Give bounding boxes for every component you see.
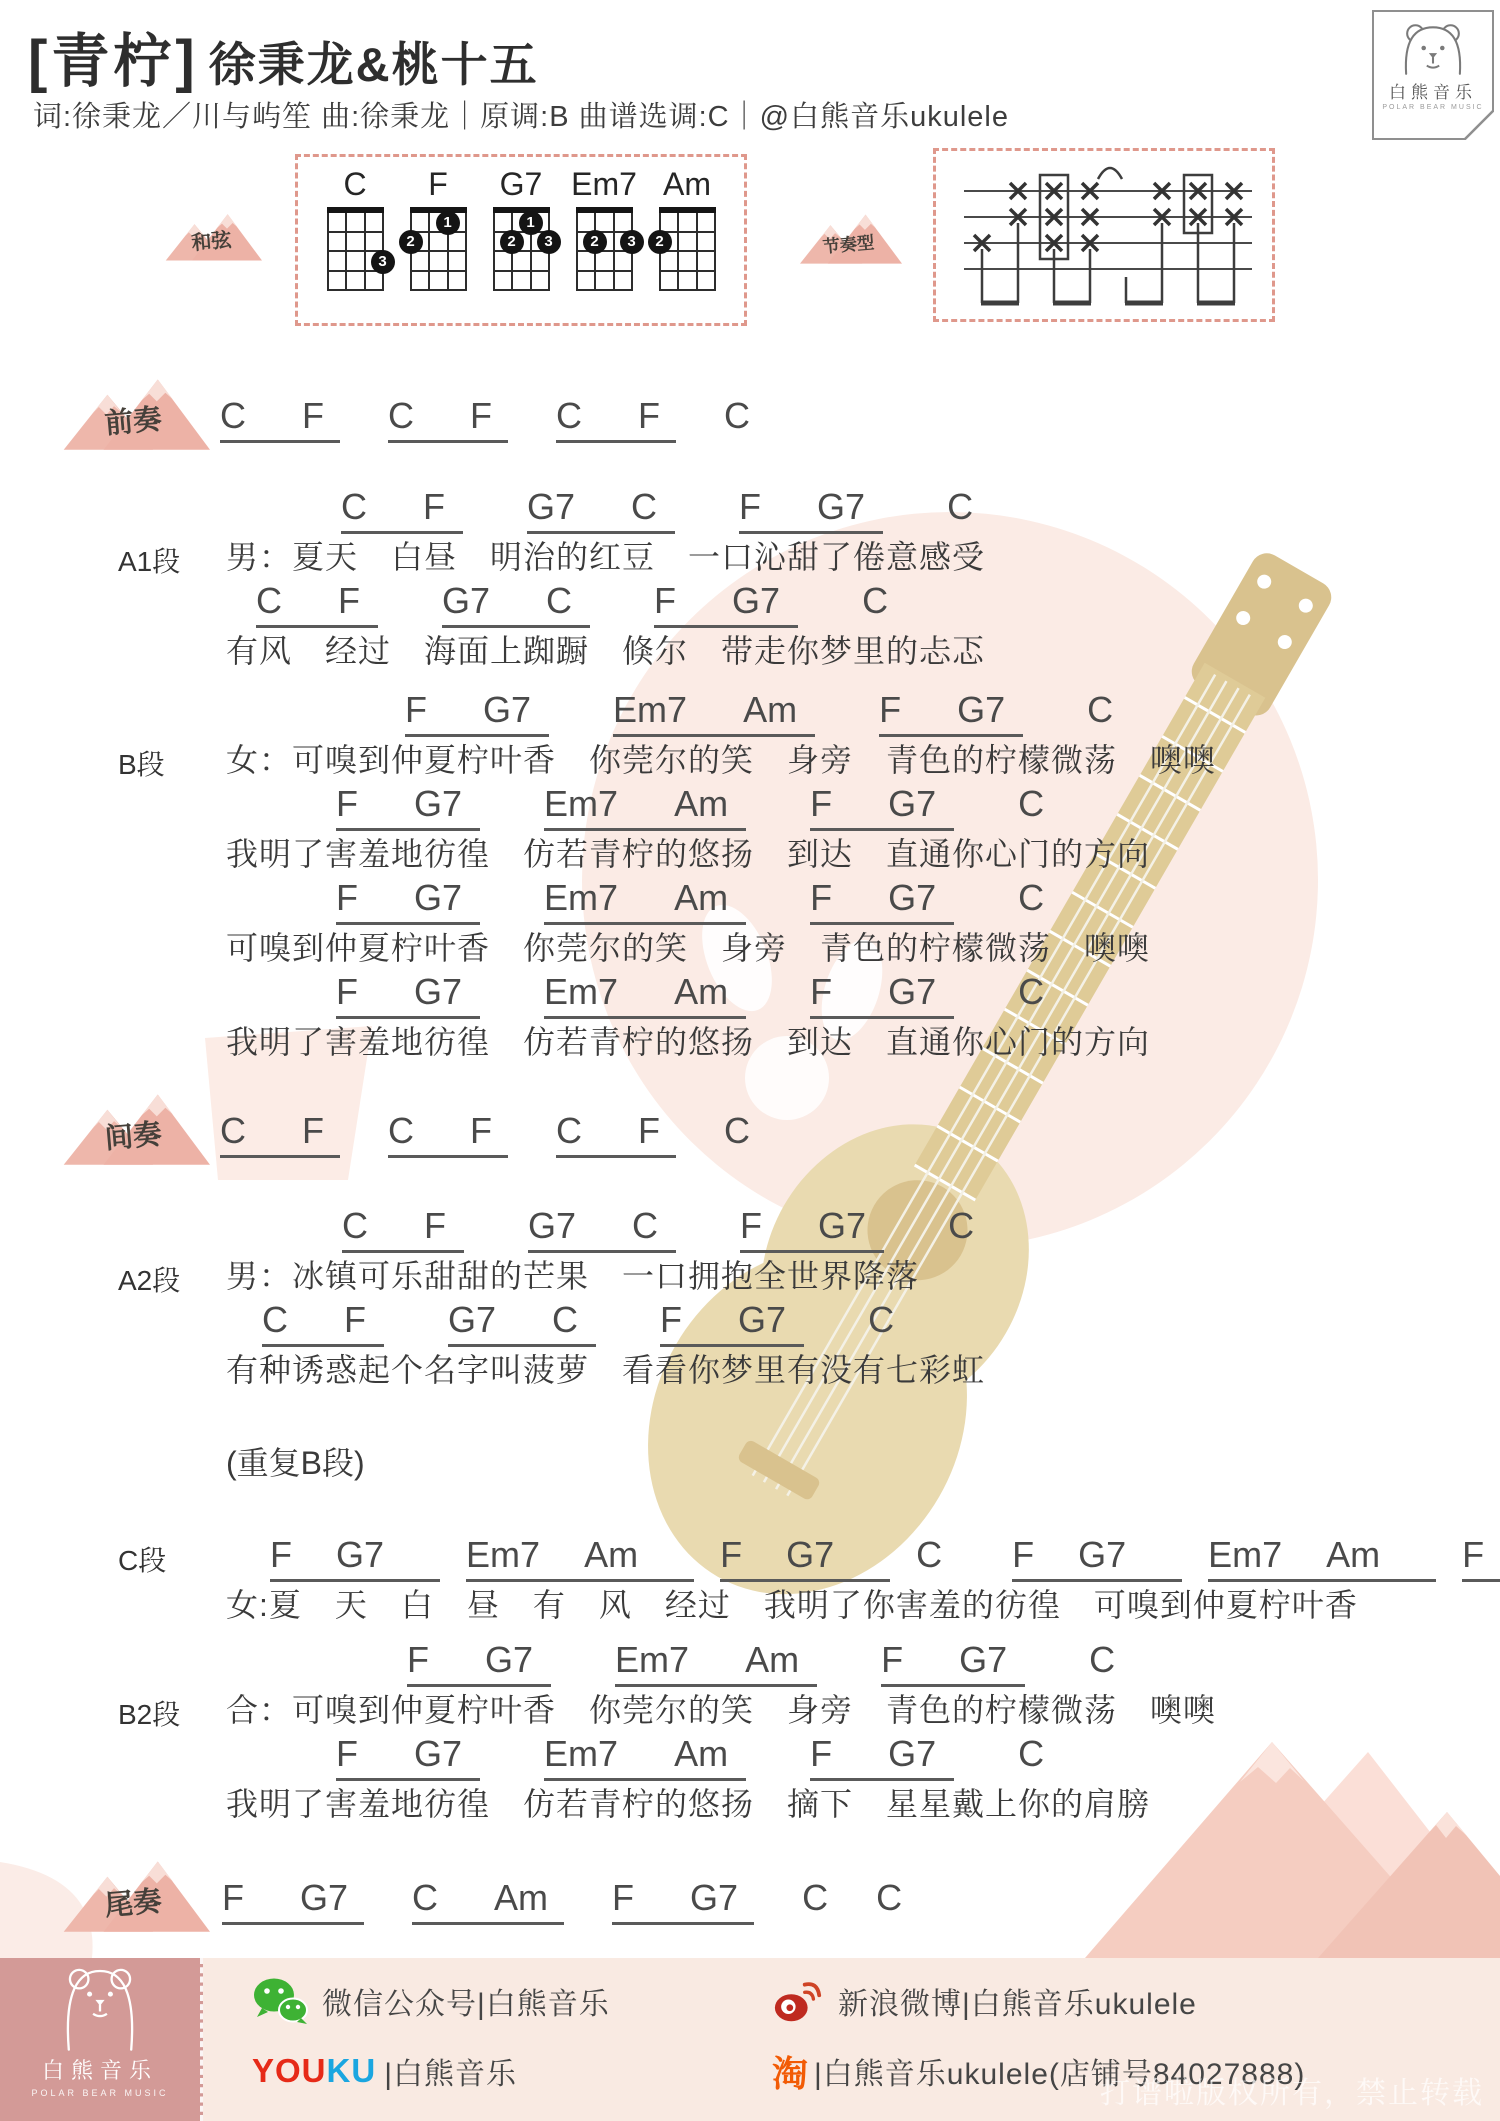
song-line: FG7Em7AmFG7C我明了害羞地彷徨 仿若青柠的悠扬 到达 直通你心门的方向 <box>0 784 1500 878</box>
chord-symbol: C <box>412 1877 438 1918</box>
chord-measure: FG7 <box>407 1640 551 1687</box>
chord-symbol: C <box>724 395 750 436</box>
chord-symbol: F <box>222 1877 244 1918</box>
chord-line: FG7Em7AmFG7C <box>0 784 1500 831</box>
chord-measure: G7C <box>442 581 590 628</box>
chord-symbol: C <box>1018 971 1044 1012</box>
chord-symbol: F <box>810 971 832 1012</box>
chord-measure: C <box>876 1878 902 1918</box>
youku-label: |白熊音乐 <box>384 2049 517 2093</box>
chord-measure: Em7Am <box>544 878 746 925</box>
finger-dot: 3 <box>537 230 561 254</box>
chord-grid: 3 <box>327 207 384 291</box>
chord-symbol: F <box>423 486 445 527</box>
chord-symbol: F <box>302 1110 324 1151</box>
song-artists: 徐秉龙&桃十五 <box>209 28 539 95</box>
chord-measure: G7C <box>448 1300 596 1347</box>
chord-measure: FG7 <box>810 878 954 925</box>
chord-symbol: C <box>868 1299 894 1340</box>
chord-symbol: F <box>1462 1534 1484 1575</box>
chord-diagram-F: F12 <box>403 165 473 323</box>
chord-symbol: F <box>810 877 832 918</box>
chord-symbol: Am <box>494 1877 548 1918</box>
chord-measure: Em7Am <box>544 784 746 831</box>
chord-symbol: G7 <box>336 1534 384 1575</box>
lyric-line: 我明了害羞地彷徨 仿若青柠的悠扬 到达 直通你心门的方向 <box>0 1019 1500 1066</box>
chord-measure: FG7 <box>740 1206 884 1253</box>
chord-line: CFCFCFC <box>0 396 1500 443</box>
chord-measure: Em7Am <box>613 690 815 737</box>
chord-measure: FG7 <box>612 1878 754 1925</box>
chord-measure: C <box>1018 1734 1044 1774</box>
chord-symbol: Em7 <box>613 689 687 730</box>
chord-symbol: C <box>220 1110 246 1151</box>
youku-entry: YOUKU |白熊音乐 <box>252 2042 517 2100</box>
chord-measure: Em7Am <box>544 1734 746 1781</box>
chord-line: CFG7CFG7C <box>0 1300 1500 1347</box>
string-line <box>493 213 495 291</box>
chord-name: Am <box>652 165 722 203</box>
chord-symbol: G7 <box>485 1639 533 1680</box>
lyric-line: 我明了害羞地彷徨 仿若青柠的悠扬 到达 直通你心门的方向 <box>0 831 1500 878</box>
chord-symbol: F <box>654 580 676 621</box>
chord-measure: C <box>948 1206 974 1246</box>
chord-symbol: C <box>802 1877 828 1918</box>
chord-symbol: Em7 <box>1208 1534 1282 1575</box>
chord-symbol: G7 <box>738 1299 786 1340</box>
chord-measure: CF <box>220 396 340 443</box>
chord-sheet-page: [青柠] 徐秉龙&桃十五 词:徐秉龙／川与屿笙 曲:徐秉龙｜原调:B 曲谱选调:… <box>0 0 1500 2121</box>
chord-symbol: C <box>341 486 367 527</box>
copyright-watermark: 打谱啦版权所有，禁止转载 <box>1100 2068 1484 2112</box>
fret-line <box>493 270 550 272</box>
chord-symbol: G7 <box>690 1877 738 1918</box>
lyric-line: 女:夏 天 白 昼 有 风 经过 我明了你害羞的彷徨 可嗅到仲夏柠叶香 <box>0 1582 1500 1629</box>
chord-diagram-Am: Am2 <box>652 165 722 323</box>
string-line <box>677 213 679 291</box>
mountain-icon: 节奏型 <box>796 208 902 264</box>
chord-symbol: F <box>740 1205 762 1246</box>
chord-diagram-C: C3 <box>320 165 390 323</box>
chord-symbol: F <box>405 689 427 730</box>
chord-measure: FG7 <box>739 487 883 534</box>
chord-symbol: G7 <box>483 689 531 730</box>
chord-measure: FG7 <box>810 972 954 1019</box>
chord-symbol: G7 <box>786 1534 834 1575</box>
chord-symbol: G7 <box>528 1205 576 1246</box>
chord-symbol: F <box>270 1534 292 1575</box>
wechat-label: 微信公众号|白熊音乐 <box>322 1979 610 2023</box>
lyric-line: 男：夏天 白昼 明治的红豆 一口沁甜了倦意感受 <box>0 534 1500 581</box>
chord-symbol: F <box>810 1733 832 1774</box>
chord-measure: Em7Am <box>1208 1535 1436 1582</box>
chord-line: FG7Em7AmFG7CFG7Em7AmFG7C <box>0 1535 1500 1582</box>
chord-symbol: C <box>546 580 572 621</box>
chord-symbol: F <box>810 783 832 824</box>
chord-measure: CF <box>556 1111 676 1158</box>
song-line: FG7Em7AmFG7C合：可嗅到仲夏柠叶香 你莞尔的笑 身旁 青色的柠檬微荡 … <box>0 1640 1500 1734</box>
chord-symbol: Em7 <box>466 1534 540 1575</box>
chord-measure: C <box>724 1111 750 1151</box>
chord-measure: C <box>947 487 973 527</box>
chord-symbol: F <box>1012 1534 1034 1575</box>
chord-symbol: Am <box>1326 1534 1380 1575</box>
song-line: CFG7CFG7C男：冰镇可乐甜甜的芒果 一口拥抱全世界降落 <box>0 1206 1500 1300</box>
chord-symbol: F <box>879 689 901 730</box>
chord-symbol: F <box>720 1534 742 1575</box>
chord-measure: FG7 <box>881 1640 1025 1687</box>
polar-bear-music-logo: 白熊音乐 POLAR BEAR MUSIC <box>1372 10 1494 140</box>
wechat-entry: 微信公众号|白熊音乐 <box>252 1972 610 2030</box>
chord-symbol: Em7 <box>544 1733 618 1774</box>
chord-measure: Em7Am <box>615 1640 817 1687</box>
chord-symbol: C <box>342 1205 368 1246</box>
chord-measure: C <box>1087 690 1113 730</box>
chord-symbol: G7 <box>732 580 780 621</box>
chord-symbol: Am <box>584 1534 638 1575</box>
chord-grid: 12 <box>410 207 467 291</box>
chord-measure: CF <box>342 1206 464 1253</box>
chord-symbol: F <box>638 1110 660 1151</box>
chord-measure: C <box>724 396 750 436</box>
chord-symbol: C <box>556 395 582 436</box>
chord-symbol: G7 <box>527 486 575 527</box>
chord-line: FG7Em7AmFG7C <box>0 878 1500 925</box>
youku-logo: YOUKU <box>252 2052 376 2090</box>
chord-measure: CF <box>341 487 463 534</box>
chord-symbol: Am <box>674 971 728 1012</box>
chord-symbol: F <box>638 395 660 436</box>
chord-line: FG7CAmFG7CC <box>0 1878 1500 1925</box>
lyric-line: 男：冰镇可乐甜甜的芒果 一口拥抱全世界降落 <box>0 1253 1500 1300</box>
chord-symbol: C <box>552 1299 578 1340</box>
chord-symbol: C <box>256 580 282 621</box>
chord-symbol: F <box>302 395 324 436</box>
chord-symbol: G7 <box>818 1205 866 1246</box>
chord-symbol: F <box>344 1299 366 1340</box>
string-line <box>696 213 698 291</box>
logo-text-cn: 白熊音乐 <box>1374 78 1492 103</box>
chord-line: CFG7CFG7C <box>0 487 1500 534</box>
fret-line <box>327 289 384 291</box>
chord-symbol: F <box>881 1639 903 1680</box>
song-title: [青柠] <box>28 14 199 98</box>
fret-line <box>410 270 467 272</box>
chord-grid: 23 <box>576 207 633 291</box>
chord-diagrams-panel: C3F12G7123Em723Am2 <box>295 154 747 326</box>
chord-symbol: F <box>470 395 492 436</box>
string-line <box>465 213 467 291</box>
chord-measure: Em7Am <box>544 972 746 1019</box>
strumming-pattern-panel <box>933 148 1275 322</box>
chord-measure: FG7 <box>336 972 480 1019</box>
repeat-note: (重复B段) <box>226 1438 365 1484</box>
chord-measure: G7C <box>527 487 675 534</box>
footer-logo-en: POLAR BEAR MUSIC <box>0 2088 200 2098</box>
string-line <box>428 213 430 291</box>
chord-symbol: G7 <box>817 486 865 527</box>
chord-symbol: G7 <box>414 1733 462 1774</box>
lyric-line: 我明了害羞地彷徨 仿若青柠的悠扬 摘下 星星戴上你的肩膀 <box>0 1781 1500 1828</box>
chord-symbol: G7 <box>414 971 462 1012</box>
string-line <box>345 213 347 291</box>
chord-symbol: C <box>1089 1639 1115 1680</box>
page-title: [青柠] 徐秉龙&桃十五 <box>28 14 539 98</box>
song-credits: 词:徐秉龙／川与屿笙 曲:徐秉龙｜原调:B 曲谱选调:C｜@白熊音乐ukulel… <box>33 94 1009 135</box>
chord-symbol: F <box>336 1733 358 1774</box>
chord-symbol: Am <box>674 1733 728 1774</box>
fret-line <box>410 289 467 291</box>
chord-grid: 123 <box>493 207 550 291</box>
lyric-line: 女：可嗅到仲夏柠叶香 你莞尔的笑 身旁 青色的柠檬微荡 噢噢 <box>0 737 1500 784</box>
finger-dot: 1 <box>436 211 460 235</box>
chord-symbol: C <box>631 486 657 527</box>
chord-symbol: F <box>424 1205 446 1246</box>
finger-dot: 2 <box>583 230 607 254</box>
fret-line <box>659 289 716 291</box>
chord-measure: CF <box>256 581 378 628</box>
song-line: FG7Em7AmFG7C我明了害羞地彷徨 仿若青柠的悠扬 摘下 星星戴上你的肩膀 <box>0 1734 1500 1828</box>
chord-measure: FG7 <box>810 1734 954 1781</box>
chord-name: G7 <box>486 165 556 203</box>
song-line: CFG7CFG7C男：夏天 白昼 明治的红豆 一口沁甜了倦意感受 <box>0 487 1500 581</box>
fret-line <box>576 289 633 291</box>
lyric-line: 有风 经过 海面上踟蹰 倏尔 带走你梦里的忐忑 <box>0 628 1500 675</box>
chord-measure: G7C <box>528 1206 676 1253</box>
chord-measure: C <box>1089 1640 1115 1680</box>
chord-line: FG7Em7AmFG7C <box>0 1640 1500 1687</box>
weibo-icon <box>772 1977 824 2025</box>
chord-measure: CAm <box>412 1878 564 1925</box>
chord-symbol: G7 <box>448 1299 496 1340</box>
chord-symbol: C <box>556 1110 582 1151</box>
chord-symbol: C <box>916 1534 942 1575</box>
chord-symbol: C <box>862 580 888 621</box>
string-line <box>576 213 578 291</box>
bear-icon <box>63 1964 137 2052</box>
finger-dot: 3 <box>620 230 644 254</box>
chord-diagram-Em7: Em723 <box>569 165 639 323</box>
song-line: FG7Em7AmFG7CFG7Em7AmFG7C女:夏 天 白 昼 有 风 经过… <box>0 1535 1500 1629</box>
chord-symbol: C <box>1018 1733 1044 1774</box>
chord-measure: FG7 <box>720 1535 890 1582</box>
strumming-pattern <box>936 151 1272 319</box>
chord-measure: C <box>862 581 888 621</box>
song-line: CFG7CFG7C有风 经过 海面上踟蹰 倏尔 带走你梦里的忐忑 <box>0 581 1500 675</box>
string-line <box>714 213 716 291</box>
finger-dot: 3 <box>371 250 395 274</box>
weibo-label: 新浪微博|白熊音乐ukulele <box>838 1979 1197 2023</box>
taobao-icon: 淘 <box>772 2046 808 2097</box>
chord-symbol: Em7 <box>544 971 618 1012</box>
song-line: FG7Em7AmFG7C我明了害羞地彷徨 仿若青柠的悠扬 到达 直通你心门的方向 <box>0 972 1500 1066</box>
string-line <box>364 213 366 291</box>
chord-measure: FG7 <box>270 1535 440 1582</box>
string-line <box>613 213 615 291</box>
footer-logo-cn: 白熊音乐 <box>0 2054 200 2085</box>
chord-measure: CF <box>262 1300 384 1347</box>
chord-symbol: F <box>338 580 360 621</box>
chord-symbol: F <box>612 1877 634 1918</box>
fret-line <box>493 289 550 291</box>
chord-symbol: Em7 <box>544 877 618 918</box>
chord-line: FG7Em7AmFG7C <box>0 972 1500 1019</box>
chord-symbol: Am <box>674 783 728 824</box>
chord-measure: CF <box>220 1111 340 1158</box>
chord-symbol: F <box>660 1299 682 1340</box>
chord-name: F <box>403 165 473 203</box>
chord-measure: FG7 <box>879 690 1023 737</box>
bear-icon <box>1402 20 1464 76</box>
chord-measure: FG7 <box>654 581 798 628</box>
chord-symbol: C <box>632 1205 658 1246</box>
fret-line <box>659 270 716 272</box>
chord-symbol: G7 <box>414 877 462 918</box>
chord-symbol: F <box>336 877 358 918</box>
chord-measure: FG7 <box>222 1878 364 1925</box>
chord-symbol: G7 <box>300 1877 348 1918</box>
chord-symbol: C <box>220 395 246 436</box>
chord-measure: FG7 <box>1462 1535 1500 1582</box>
lyric-line: 合：可嗅到仲夏柠叶香 你莞尔的笑 身旁 青色的柠檬微荡 噢噢 <box>0 1687 1500 1734</box>
chord-measure: C <box>868 1300 894 1340</box>
finger-dot: 2 <box>500 230 524 254</box>
wechat-icon <box>252 1976 308 2026</box>
chord-diagram-G7: G7123 <box>486 165 556 323</box>
chord-symbol: C <box>262 1299 288 1340</box>
chord-measure: C <box>916 1535 986 1575</box>
finger-dot: 2 <box>399 230 423 254</box>
chord-symbol: C <box>947 486 973 527</box>
chord-symbol: Em7 <box>615 1639 689 1680</box>
chord-symbol: F <box>470 1110 492 1151</box>
chord-measure: FG7 <box>1012 1535 1182 1582</box>
chord-line: FG7Em7AmFG7C <box>0 690 1500 737</box>
chord-symbol: C <box>724 1110 750 1151</box>
song-line: FG7Em7AmFG7C可嗅到仲夏柠叶香 你莞尔的笑 身旁 青色的柠檬微荡 噢噢 <box>0 878 1500 972</box>
chord-symbol: G7 <box>888 971 936 1012</box>
chord-symbol: G7 <box>1078 1534 1126 1575</box>
chord-symbol: G7 <box>959 1639 1007 1680</box>
chord-symbol: C <box>1018 877 1044 918</box>
finger-dot: 1 <box>519 211 543 235</box>
chord-symbol: C <box>1018 783 1044 824</box>
chord-symbol: G7 <box>957 689 1005 730</box>
chord-line: CFG7CFG7C <box>0 1206 1500 1253</box>
chord-name: C <box>320 165 390 203</box>
chord-measure: FG7 <box>405 690 549 737</box>
folded-corner-icon <box>1464 110 1494 140</box>
chord-measure: C <box>1018 784 1044 824</box>
chord-measure: FG7 <box>810 784 954 831</box>
footer-logo-block: 白熊音乐 POLAR BEAR MUSIC <box>0 1958 203 2121</box>
mountain-icon: 和弦 <box>162 208 262 261</box>
fret-line <box>576 270 633 272</box>
chord-symbol: F <box>336 783 358 824</box>
chord-name: Em7 <box>569 165 639 203</box>
chord-grid: 2 <box>659 207 716 291</box>
chord-symbol: F <box>336 971 358 1012</box>
chord-symbol: G7 <box>442 580 490 621</box>
chord-measure: Em7Am <box>466 1535 694 1582</box>
chord-measure: C <box>1018 972 1044 1012</box>
chord-symbol: Am <box>745 1639 799 1680</box>
chord-symbol: C <box>388 1110 414 1151</box>
song-line: FG7Em7AmFG7C女：可嗅到仲夏柠叶香 你莞尔的笑 身旁 青色的柠檬微荡 … <box>0 690 1500 784</box>
chord-measure: FG7 <box>660 1300 804 1347</box>
lyric-line: 有种诱惑起个名字叫菠萝 看看你梦里有没有七彩虹 <box>0 1347 1500 1394</box>
chord-symbol: G7 <box>888 783 936 824</box>
fret-line <box>327 231 384 233</box>
chord-measure: CF <box>388 1111 508 1158</box>
chord-line: CFCFCFC <box>0 1111 1500 1158</box>
chord-symbol: Am <box>743 689 797 730</box>
chord-measure: CF <box>556 396 676 443</box>
weibo-entry: 新浪微博|白熊音乐ukulele <box>772 1972 1197 2030</box>
chord-symbol: Em7 <box>544 783 618 824</box>
chord-symbol: C <box>388 395 414 436</box>
song-line: CFG7CFG7C有种诱惑起个名字叫菠萝 看看你梦里有没有七彩虹 <box>0 1300 1500 1394</box>
string-line <box>327 213 329 291</box>
chord-measure: C <box>1018 878 1044 918</box>
chord-symbol: C <box>948 1205 974 1246</box>
chord-symbol: F <box>739 486 761 527</box>
chord-measure: FG7 <box>336 878 480 925</box>
chord-symbol: C <box>876 1877 902 1918</box>
chord-symbol: G7 <box>414 783 462 824</box>
chord-symbol: Am <box>674 877 728 918</box>
chord-line: CFG7CFG7C <box>0 581 1500 628</box>
chord-measure: CF <box>388 396 508 443</box>
finger-dot: 2 <box>648 230 672 254</box>
lyric-line: 可嗅到仲夏柠叶香 你莞尔的笑 身旁 青色的柠檬微荡 噢噢 <box>0 925 1500 972</box>
chord-line: FG7Em7AmFG7C <box>0 1734 1500 1781</box>
chord-measure: C <box>802 1878 828 1918</box>
chord-measure: FG7 <box>336 784 480 831</box>
chord-symbol: G7 <box>888 877 936 918</box>
chord-symbol: G7 <box>888 1733 936 1774</box>
chords-mountain-icon: 和弦 <box>162 208 262 266</box>
chord-symbol: C <box>1087 689 1113 730</box>
rhythm-mountain-icon: 节奏型 <box>796 208 902 269</box>
chord-symbol: F <box>407 1639 429 1680</box>
chord-measure: FG7 <box>336 1734 480 1781</box>
